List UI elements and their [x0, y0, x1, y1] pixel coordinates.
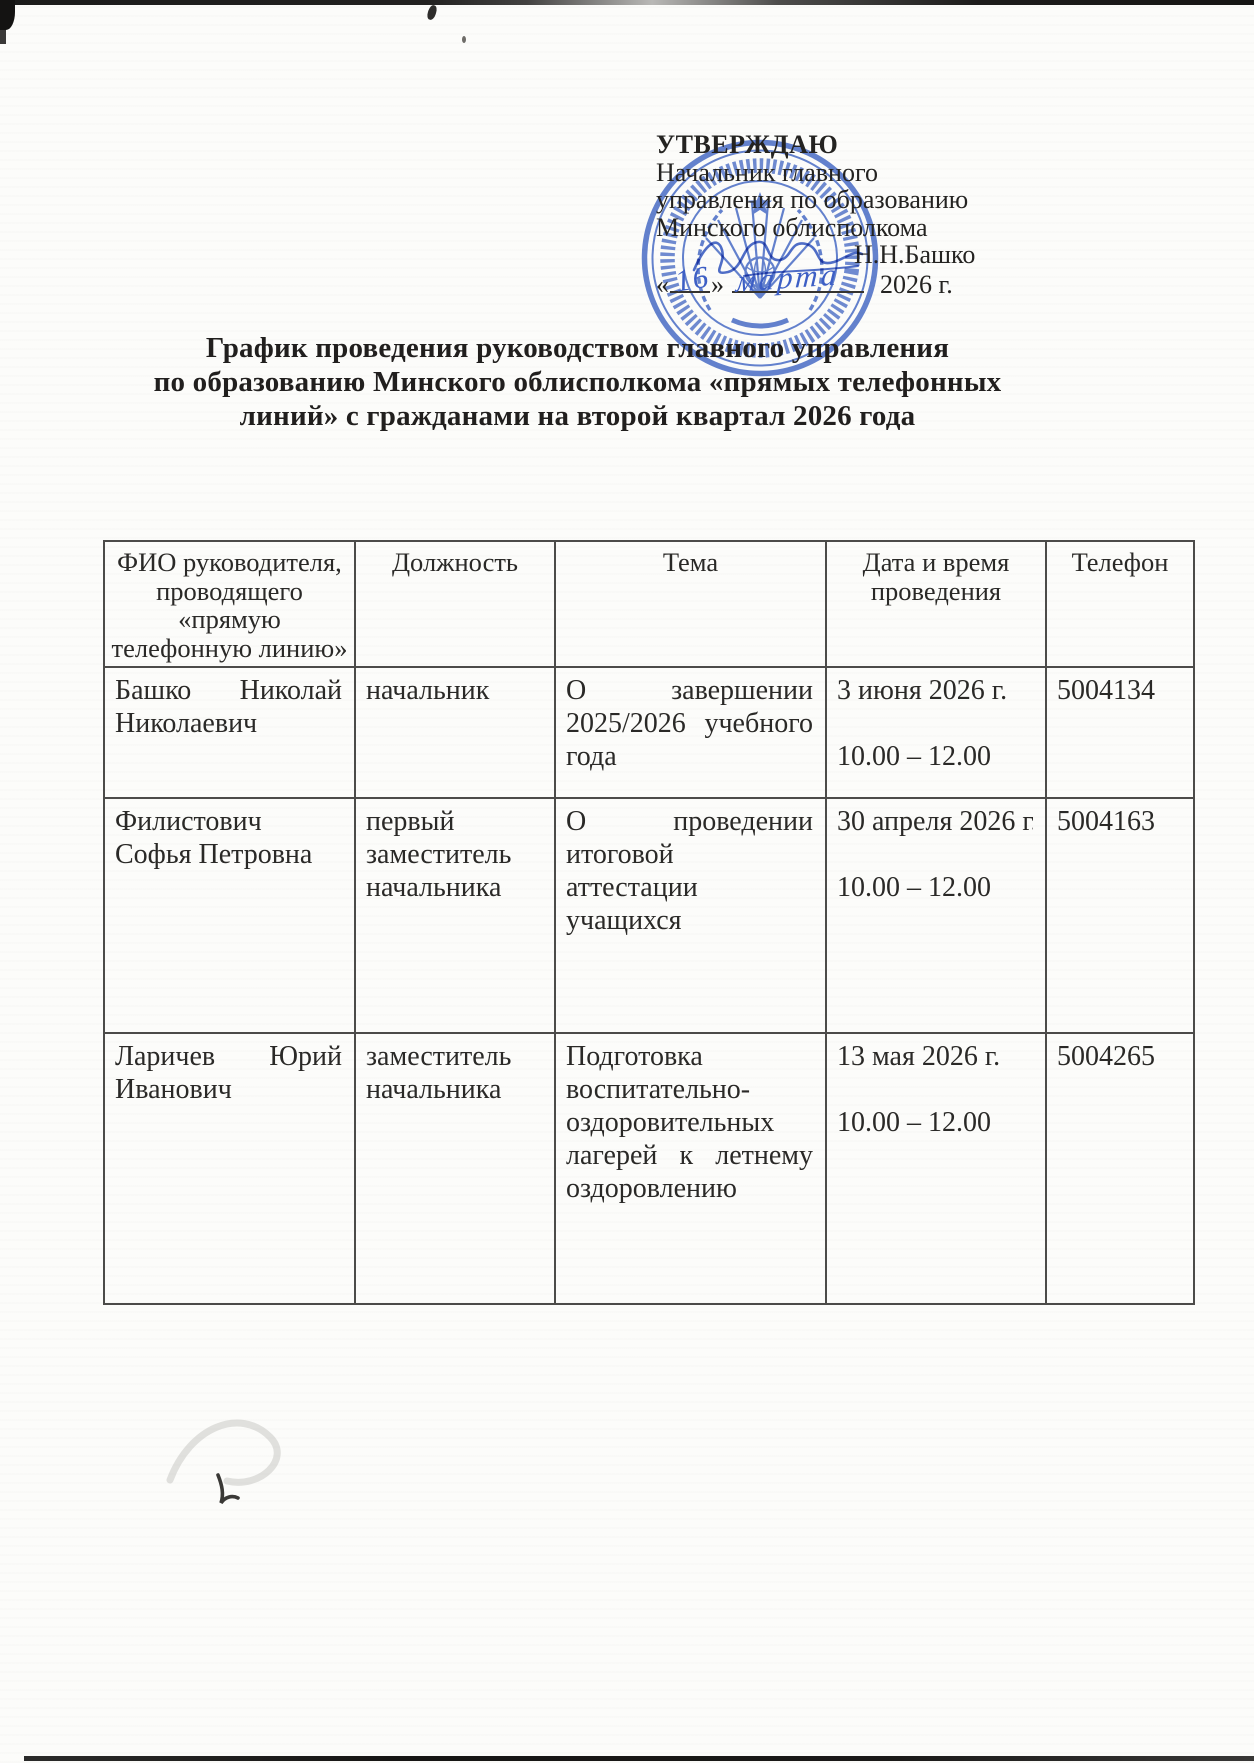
- cell-line: 5004163: [1057, 805, 1181, 838]
- cell-line: воспитательно-: [566, 1073, 813, 1106]
- name-cell: Ларичев ЮрийИванович: [104, 1033, 355, 1304]
- cell-line: заместитель: [366, 1040, 542, 1073]
- schedule-table-body: Башко НиколайНиколаевичначальникО заверш…: [104, 667, 1194, 1304]
- cell-line: оздоровительных: [566, 1106, 813, 1139]
- cell-line: 2025/2026 учебного: [566, 707, 813, 740]
- open-guillemet: «: [656, 270, 669, 299]
- date-time-cell: 13 мая 2026 г.10.00 – 12.00: [826, 1033, 1046, 1304]
- date-time-cell: 3 июня 2026 г.10.00 – 12.00: [826, 667, 1046, 798]
- cell-line: Ларичев Юрий: [115, 1040, 342, 1073]
- phone-cell: 5004265: [1046, 1033, 1194, 1304]
- position-cell: начальник: [355, 667, 555, 798]
- scan-artifact-left-edge: [0, 30, 6, 44]
- cell-line: итоговой: [566, 838, 813, 871]
- ink-tick-mark: [206, 1468, 250, 1512]
- cell-line: заместитель: [366, 838, 542, 871]
- schedule-table: ФИО руководителя, проводящего «прямую те…: [103, 540, 1195, 1305]
- position-cell: первыйзаместительначальника: [355, 798, 555, 1033]
- cell-line: начальника: [366, 871, 542, 904]
- title-line: по образованию Минского облисполкома «пр…: [40, 365, 1115, 399]
- spacer-line: [837, 1073, 1033, 1106]
- header-topic: Тема: [555, 541, 826, 667]
- cell-line: О завершении: [566, 674, 813, 707]
- position-cell: заместительначальника: [355, 1033, 555, 1304]
- topic-cell: Подготовкавоспитательно-оздоровительныхл…: [555, 1033, 826, 1304]
- table-row: ФилистовичСофья Петровнапервыйзаместител…: [104, 798, 1194, 1033]
- scan-artifact-corner: [0, 0, 15, 30]
- header-phone: Телефон: [1046, 541, 1194, 667]
- cell-line: оздоровлению: [566, 1172, 813, 1205]
- table-row: Ларичев ЮрийИвановичзаместительначальник…: [104, 1033, 1194, 1304]
- cell-line: года: [566, 740, 813, 773]
- topic-cell: О проведенииитоговойаттестацииучащихся: [555, 798, 826, 1033]
- cell-line: Софья Петровна: [115, 838, 342, 871]
- cell-line: Подготовка: [566, 1040, 813, 1073]
- cell-line: Башко Николай: [115, 674, 342, 707]
- document-title: График проведения руководством главного …: [40, 331, 1115, 433]
- cell-line: Филистович: [115, 805, 342, 838]
- title-line: График проведения руководством главного …: [40, 331, 1115, 365]
- spacer-line: [837, 707, 1033, 740]
- topic-cell: О завершении2025/2026 учебногогода: [555, 667, 826, 798]
- scan-artifact-speck: [462, 36, 466, 43]
- cell-line: первый: [366, 805, 542, 838]
- cell-line: Николаевич: [115, 707, 342, 740]
- table-row: Башко НиколайНиколаевичначальникО заверш…: [104, 667, 1194, 798]
- approval-org-line: управления по образованию: [656, 186, 1008, 214]
- cell-line: 10.00 – 12.00: [837, 1106, 1033, 1139]
- approval-label: УТВЕРЖДАЮ: [656, 131, 1008, 159]
- header-name: ФИО руководителя, проводящего «прямую те…: [104, 541, 355, 667]
- cell-line: начальника: [366, 1073, 542, 1106]
- cell-line: начальник: [366, 674, 542, 707]
- date-time-cell: 30 апреля 2026 г.10.00 – 12.00: [826, 798, 1046, 1033]
- scan-artifact-bottom-edge: [24, 1756, 1254, 1761]
- month-blank: марта: [732, 291, 864, 293]
- cell-line: учащихся: [566, 904, 813, 937]
- phone-cell: 5004134: [1046, 667, 1194, 798]
- cell-line: Иванович: [115, 1073, 342, 1106]
- cell-line: 30 апреля 2026 г.: [837, 805, 1033, 838]
- phone-cell: 5004163: [1046, 798, 1194, 1033]
- cell-line: 10.00 – 12.00: [837, 871, 1033, 904]
- header-datetime: Дата и время проведения: [826, 541, 1046, 667]
- pencil-smudge: [145, 1385, 325, 1515]
- name-cell: ФилистовичСофья Петровна: [104, 798, 355, 1033]
- cell-line: 3 июня 2026 г.: [837, 674, 1033, 707]
- schedule-table-header: ФИО руководителя, проводящего «прямую те…: [104, 541, 1194, 667]
- approval-org-line: Начальник главного: [656, 159, 1008, 187]
- signee-name: Н.Н.Башко: [854, 241, 975, 269]
- day-blank: 16: [670, 291, 710, 293]
- cell-line: лагерей к летнему: [566, 1139, 813, 1172]
- cell-line: 5004265: [1057, 1040, 1181, 1073]
- scanned-document-page: УТВЕРЖДАЮ Начальник главного управления …: [0, 0, 1254, 1763]
- scan-artifact-top-edge: [0, 0, 1254, 5]
- cell-line: 13 мая 2026 г.: [837, 1040, 1033, 1073]
- cell-line: 5004134: [1057, 674, 1181, 707]
- scan-artifact-speck: [426, 4, 438, 21]
- header-position: Должность: [355, 541, 555, 667]
- handwritten-signature: [686, 230, 866, 284]
- cell-line: О проведении: [566, 805, 813, 838]
- spacer-line: [837, 838, 1033, 871]
- cell-line: 10.00 – 12.00: [837, 740, 1033, 773]
- approval-year: 2026 г.: [880, 270, 953, 299]
- cell-line: аттестации: [566, 871, 813, 904]
- title-line: линий» с гражданами на второй квартал 20…: [40, 399, 1115, 433]
- name-cell: Башко НиколайНиколаевич: [104, 667, 355, 798]
